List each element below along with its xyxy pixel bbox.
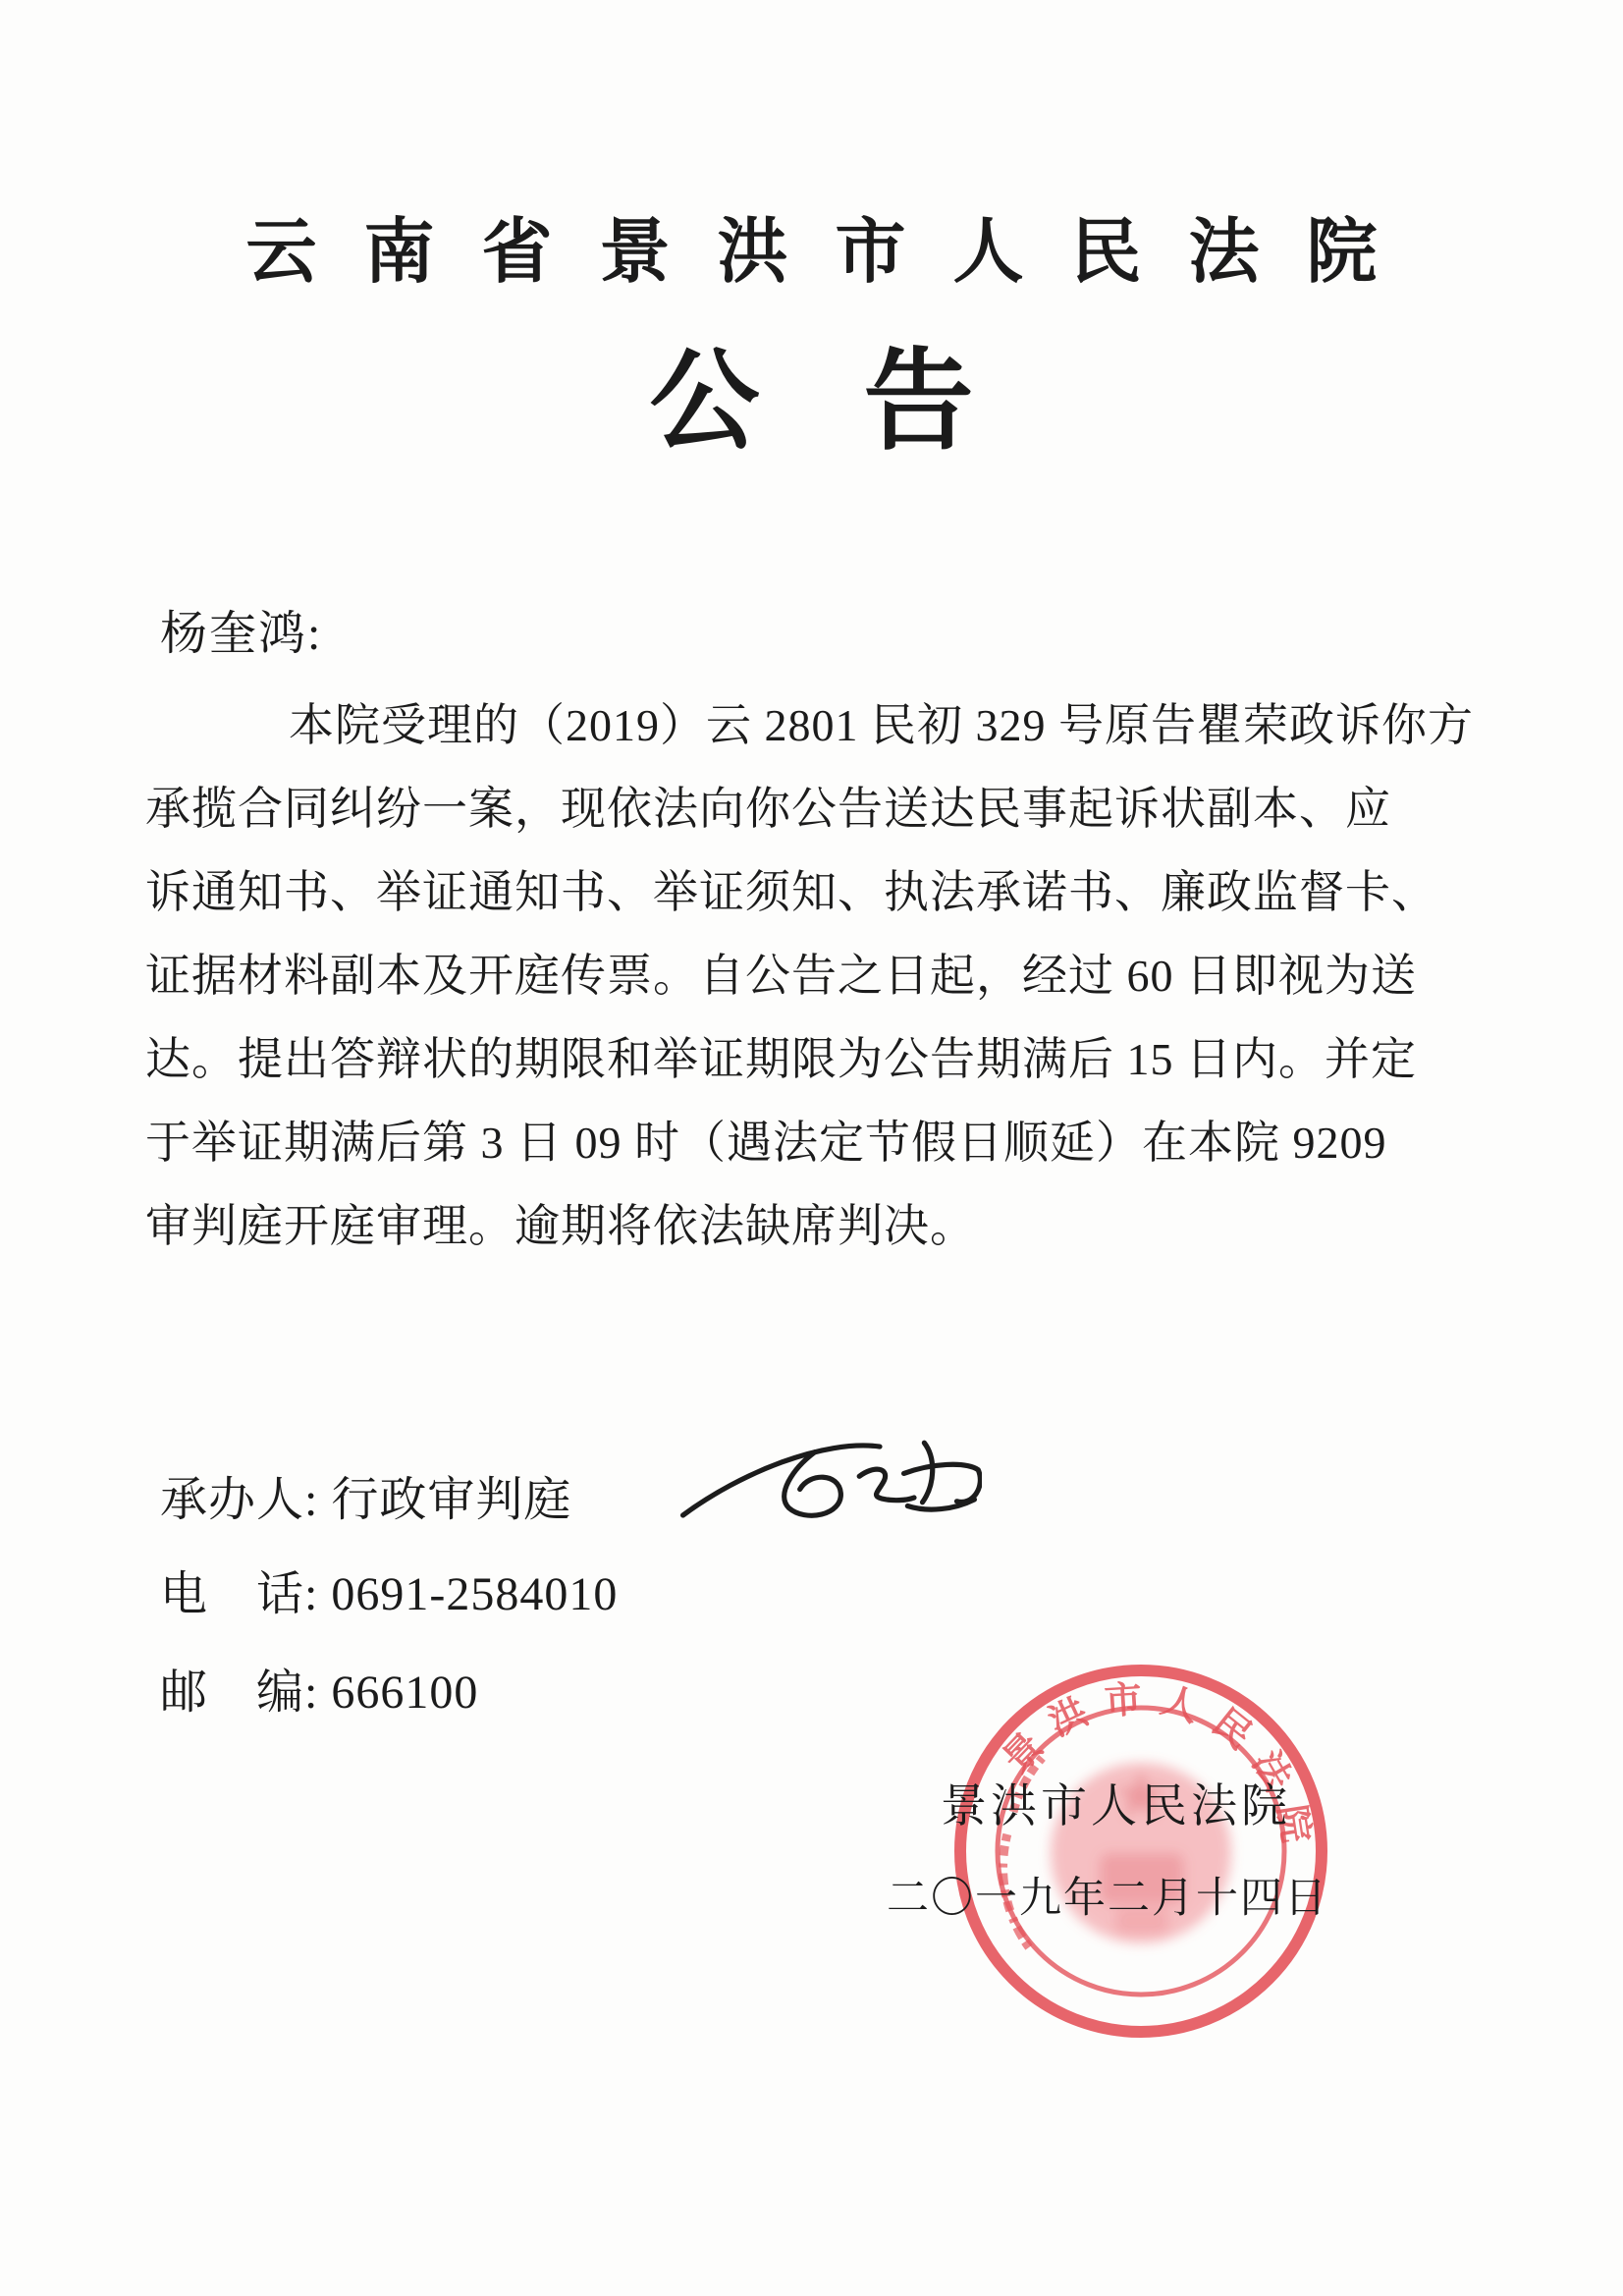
body-line: 诉通知书、举证通知书、举证须知、执法承诺书、廉政监督卡、 (145, 850, 1490, 934)
issuer-date: 二〇一九年二月十四日 (887, 1875, 1328, 1924)
issuer-court-name: 景洪市人民法院 (941, 1781, 1291, 1832)
handler-line: 承办人: 行政审判庭 (160, 1473, 571, 1528)
notice-title: 公告 (0, 346, 1623, 460)
postcode-line: 邮 编: 666100 (160, 1666, 478, 1721)
body-line: 于举证期满后第 3 日 09 时（遇法定节假日顺延）在本院 9209 (145, 1101, 1490, 1184)
body-line: 达。提出答辩状的期限和举证期限为公告期满后 15 日内。并定 (145, 1017, 1490, 1101)
postcode-label: 邮 编: (160, 1667, 331, 1719)
handler-label: 承办人: (160, 1474, 331, 1526)
official-seal-icon: 景洪市人民法院 (935, 1645, 1347, 2057)
phone-line: 电 话: 0691-2584010 (160, 1567, 618, 1622)
addressee: 杨奎鸿: (160, 607, 322, 662)
court-title: 云南省景洪市人民法院 (0, 215, 1623, 290)
notice-body: 本院受理的（2019）云 2801 民初 329 号原告瞿荣政诉你方 承揽合同纠… (145, 683, 1490, 1268)
handwritten-signature-icon (676, 1418, 982, 1544)
handler-value: 行政审判庭 (331, 1474, 571, 1526)
phone-value: 0691-2584010 (331, 1568, 618, 1620)
postcode-value: 666100 (331, 1667, 478, 1719)
phone-label: 电 话: (160, 1568, 331, 1620)
body-line: 承揽合同纠纷一案，现依法向你公告送达民事起诉状副本、应 (145, 767, 1490, 850)
body-line: 本院受理的（2019）云 2801 民初 329 号原告瞿荣政诉你方 (145, 683, 1490, 767)
body-line: 审判庭开庭审理。逾期将依法缺席判决。 (145, 1184, 1490, 1268)
body-line: 证据材料副本及开庭传票。自公告之日起，经过 60 日即视为送 (145, 934, 1490, 1017)
court-notice-document: 云南省景洪市人民法院 公告 杨奎鸿: 本院受理的（2019）云 2801 民初 … (0, 0, 1623, 2296)
